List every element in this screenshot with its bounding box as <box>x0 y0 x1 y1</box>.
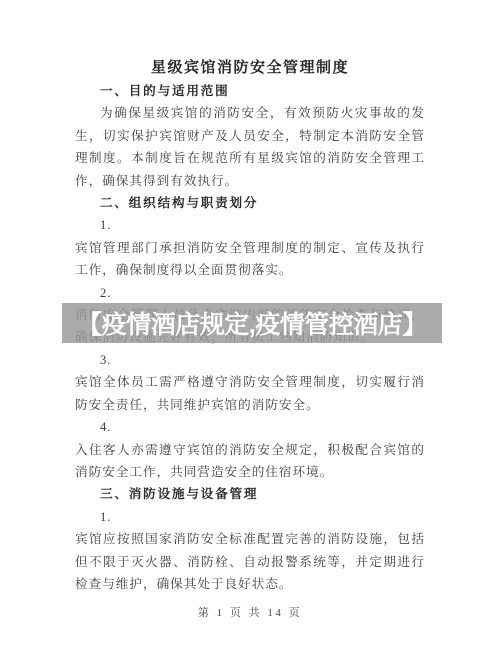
paragraph: 宾馆全体员工需严格遵守消防安全管理制度，切实履行消防安全责任，共同维护宾馆的消防… <box>75 371 425 416</box>
paragraph: 宾馆应按照国家消防安全标准配置完善的消防设施，包括但不限于灭火器、消防栓、自动报… <box>75 528 425 595</box>
section-heading: 一、目的与适用范围 <box>100 80 425 102</box>
watermark-overlay: 【疫情酒店规定,疫情管控酒店】 <box>62 303 442 343</box>
page: 星级宾馆消防安全管理制度 一、目的与适用范围 为确保星级宾馆的消防安全，有效预防… <box>0 0 500 647</box>
list-item-number: 4. <box>100 416 425 438</box>
document-title: 星级宾馆消防安全管理制度 <box>0 57 500 79</box>
list-item-number: 1. <box>100 506 425 528</box>
section-heading: 三、消防设施与设备管理 <box>100 483 425 505</box>
list-item-number: 1. <box>100 214 425 236</box>
list-item-number: 2. <box>100 282 425 304</box>
watermark-text: 【疫情酒店规定,疫情管控酒店】 <box>77 305 426 341</box>
paragraph: 宾馆管理部门承担消防安全管理制度的制定、宣传及执行工作，确保制度得以全面贯彻落实… <box>75 237 425 282</box>
list-item-number: 3. <box>100 349 425 371</box>
paragraph: 为确保星级宾馆的消防安全，有效预防火灾事故的发生，切实保护宾馆财产及人员安全，特… <box>75 102 425 192</box>
section-heading: 二、组织结构与职责划分 <box>100 192 425 214</box>
page-footer: 第 1 页 共 14 页 <box>0 604 500 620</box>
paragraph: 入住客人亦需遵守宾馆的消防安全规定，积极配合宾馆的消防安全工作，共同营造安全的住… <box>75 439 425 484</box>
